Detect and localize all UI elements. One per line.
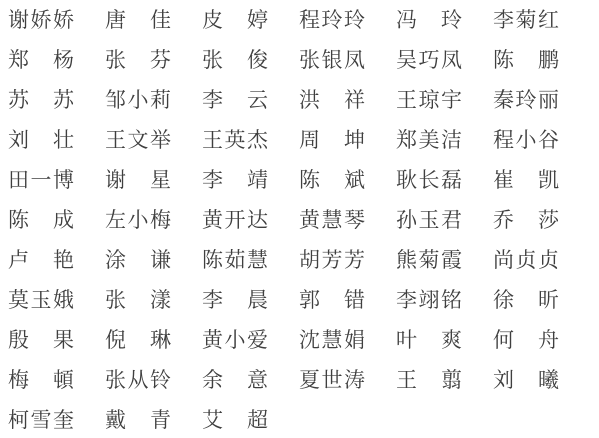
person-name: 程玲玲 bbox=[299, 9, 365, 31]
person-name: 陈成 bbox=[8, 209, 74, 231]
name-list: 谢娇娇 唐佳 皮婷 程玲玲 冯玲 李菊红 郑杨 张芬 张俊 张银凤 吴巧凤 陈鹏… bbox=[0, 0, 599, 431]
person-name: 洪祥 bbox=[299, 89, 365, 111]
person-name: 谢娇娇 bbox=[8, 9, 74, 31]
person-name: 张芬 bbox=[105, 49, 171, 71]
person-name: 张漾 bbox=[105, 289, 171, 311]
person-name: 刘曦 bbox=[493, 369, 559, 391]
person-name: 陈鹏 bbox=[493, 49, 559, 71]
person-name: 郭错 bbox=[299, 289, 365, 311]
person-name: 张从铃 bbox=[105, 369, 171, 391]
person-name: 李云 bbox=[202, 89, 268, 111]
person-name: 李菊红 bbox=[493, 9, 559, 31]
person-name: 王翦 bbox=[396, 369, 462, 391]
person-name: 刘壮 bbox=[8, 129, 74, 151]
person-name: 黄小爱 bbox=[202, 329, 268, 351]
person-name: 谢星 bbox=[105, 169, 171, 191]
person-name: 张俊 bbox=[202, 49, 268, 71]
person-name: 苏苏 bbox=[8, 89, 74, 111]
person-name: 胡芳芳 bbox=[299, 249, 365, 271]
person-name: 李晨 bbox=[202, 289, 268, 311]
person-name: 冯玲 bbox=[396, 9, 462, 31]
person-name: 陈茹慧 bbox=[202, 249, 268, 271]
person-name: 耿长磊 bbox=[396, 169, 462, 191]
person-name: 熊菊霞 bbox=[396, 249, 462, 271]
person-name: 邹小莉 bbox=[105, 89, 171, 111]
person-name: 艾超 bbox=[202, 409, 268, 431]
person-name: 王英杰 bbox=[202, 129, 268, 151]
person-name: 叶爽 bbox=[396, 329, 462, 351]
person-name: 孙玉君 bbox=[396, 209, 462, 231]
person-name: 黄慧琴 bbox=[299, 209, 365, 231]
person-name: 梅頓 bbox=[8, 369, 74, 391]
person-name: 戴青 bbox=[105, 409, 171, 431]
person-name: 倪琳 bbox=[105, 329, 171, 351]
person-name: 乔莎 bbox=[493, 209, 559, 231]
person-name: 李靖 bbox=[202, 169, 268, 191]
person-name: 涂谦 bbox=[105, 249, 171, 271]
person-name: 崔凯 bbox=[493, 169, 559, 191]
person-name: 殷果 bbox=[8, 329, 74, 351]
person-name: 郑杨 bbox=[8, 49, 74, 71]
person-name: 尚贞贞 bbox=[493, 249, 559, 271]
person-name: 田一博 bbox=[8, 169, 74, 191]
person-name: 沈慧娟 bbox=[299, 329, 365, 351]
person-name: 余意 bbox=[202, 369, 268, 391]
person-name: 夏世涛 bbox=[299, 369, 365, 391]
person-name: 陈斌 bbox=[299, 169, 365, 191]
person-name: 王文举 bbox=[105, 129, 171, 151]
person-name: 唐佳 bbox=[105, 9, 171, 31]
person-name: 吴巧凤 bbox=[396, 49, 462, 71]
person-name: 郑美洁 bbox=[396, 129, 462, 151]
person-name: 黄开达 bbox=[202, 209, 268, 231]
person-name: 柯雪奎 bbox=[8, 409, 74, 431]
person-name: 秦玲丽 bbox=[493, 89, 559, 111]
person-name: 何舟 bbox=[493, 329, 559, 351]
person-name: 周坤 bbox=[299, 129, 365, 151]
person-name: 程小谷 bbox=[493, 129, 559, 151]
person-name: 皮婷 bbox=[202, 9, 268, 31]
person-name: 李翊铭 bbox=[396, 289, 462, 311]
person-name: 卢艳 bbox=[8, 249, 74, 271]
person-name: 王琼宇 bbox=[396, 89, 462, 111]
person-name: 徐昕 bbox=[493, 289, 559, 311]
person-name: 张银凤 bbox=[299, 49, 365, 71]
person-name: 莫玉娥 bbox=[8, 289, 74, 311]
person-name: 左小梅 bbox=[105, 209, 171, 231]
